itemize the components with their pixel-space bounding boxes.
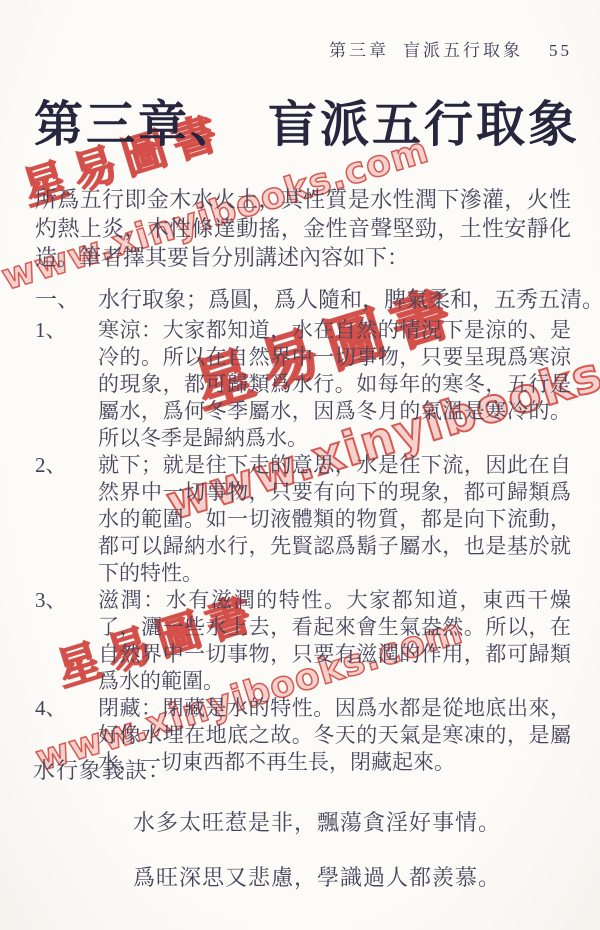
water-traits-list: 1、 寒涼：大家都知道，水在自然的情況下是涼的、是冷的。所以在自然界中一切事物，… xyxy=(35,317,571,776)
list-item-text: 就下；就是往下走的意思，水是往下流，因此在自然界中一切事物，只要有向下的現象，都… xyxy=(98,452,571,587)
running-header: 第三章盲派五行取象55 xyxy=(329,36,572,61)
list-item-text: 寒涼：大家都知道，水在自然的情況下是涼的、是冷的。所以在自然界中一切事物，只要呈… xyxy=(98,317,571,452)
scanned-book-page: 星易圖書 www.xinyibooks.com 星易圖書 www.xinyibo… xyxy=(0,0,600,930)
list-item: 3、 滋潤：水有滋潤的特性。大家都知道，東西干燥了，灑一些水上去，看起來會生氣盎… xyxy=(35,587,571,695)
list-item-text: 滋潤：水有滋潤的特性。大家都知道，東西干燥了，灑一些水上去，看起來會生氣盎然。所… xyxy=(98,587,571,695)
list-item: 1、 寒涼：大家都知道，水在自然的情況下是涼的、是冷的。所以在自然界中一切事物，… xyxy=(35,317,571,452)
chapter-title: 第三章、盲派五行取象 xyxy=(34,86,580,156)
chapter-title-name: 盲派五行取象 xyxy=(268,97,580,152)
list-item-marker: 4、 xyxy=(35,695,98,722)
chapter-title-number: 第三章、 xyxy=(34,97,242,152)
intro-paragraph: 所爲五行即金木水火土，其性質是水性潤下滲灌，火性灼熱上炎，木性條達動搖，金性音聲… xyxy=(35,185,571,272)
list-item-marker: 3、 xyxy=(35,587,98,614)
list-item-marker: 1、 xyxy=(35,317,98,344)
verse-line: 水多太旺惹是非，飄蕩貪淫好事情。 xyxy=(133,806,501,837)
running-header-chapter: 第三章 xyxy=(329,41,389,60)
section-heading-water: 一、 水行取象；爲圓，爲人隨和，脾氣柔和，五秀五清。 xyxy=(35,283,575,314)
verse-label: 水行象義訣： xyxy=(33,754,171,785)
section-marker: 一、 xyxy=(35,283,98,314)
running-header-title: 盲派五行取象 xyxy=(403,41,523,60)
page-number: 55 xyxy=(549,41,572,60)
list-item-marker: 2、 xyxy=(35,452,98,479)
list-item: 2、 就下；就是往下走的意思，水是往下流，因此在自然界中一切事物，只要有向下的現… xyxy=(35,452,571,587)
section-text: 水行取象；爲圓，爲人隨和，脾氣柔和，五秀五清。 xyxy=(98,283,600,314)
verse-line: 爲旺深思又悲慮，學識過人都羨慕。 xyxy=(133,861,501,892)
